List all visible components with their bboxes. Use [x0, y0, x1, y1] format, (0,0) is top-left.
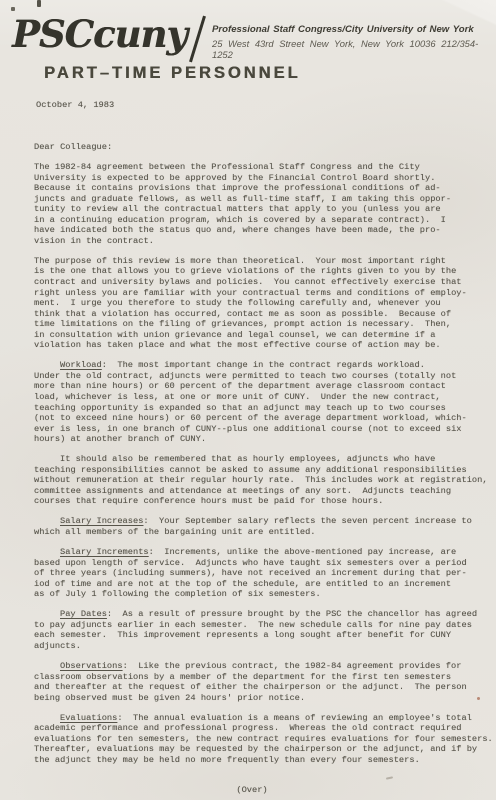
section-heading-evaluations: Evaluations: [60, 713, 117, 723]
org-name-line: Professional Staff Congress/City Univers…: [212, 24, 492, 35]
section-text: : The most important change in the contr…: [34, 360, 467, 444]
letter-paragraph: The purpose of this review is more than …: [34, 256, 494, 351]
section-heading-salary-increases: Salary Increases: [60, 516, 143, 526]
letter-body: Dear Colleague: The 1982-84 agreement be…: [34, 142, 494, 796]
letter-paragraph: Evaluations: The annual evaluation is a …: [34, 713, 494, 766]
letter-paragraph: Observations: Like the previous contract…: [34, 661, 494, 703]
section-heading-workload: Workload: [60, 360, 102, 370]
over-note: (Over): [22, 785, 482, 796]
letter-paragraph: It should also be remembered that as hou…: [34, 454, 494, 507]
letter-paragraph: The 1982-84 agreement between the Profes…: [34, 162, 494, 246]
section-heading-pay-dates: Pay Dates: [60, 609, 107, 619]
letter-paragraph: Salary Increments: Increments, unlike th…: [34, 547, 494, 600]
letter-paragraph: Salary Increases: Your September salary …: [34, 516, 494, 537]
section-heading-salary-increments: Salary Increments: [60, 547, 149, 557]
section-heading-observations: Observations: [60, 661, 123, 671]
psc-cuny-logo: PSCcuny: [12, 12, 187, 56]
letter-date: October 4, 1983: [36, 100, 114, 110]
letter-paragraph: Pay Dates: As a result of pressure broug…: [34, 609, 494, 651]
scanned-letter-page: PSCcuny Professional Staff Congress/City…: [0, 0, 496, 800]
letter-paragraph: Workload: The most important change in t…: [34, 360, 494, 444]
scan-artifact-speck: [11, 7, 15, 11]
page-title: PART–TIME PERSONNEL: [44, 64, 301, 83]
scan-artifact-speck: [37, 0, 41, 7]
letterhead-org-block: Professional Staff Congress/City Univers…: [212, 24, 492, 60]
salutation: Dear Colleague:: [34, 142, 494, 153]
letterhead-slash-divider: [189, 16, 206, 63]
org-address-line: 25 West 43rd Street New York, New York 1…: [212, 38, 492, 60]
